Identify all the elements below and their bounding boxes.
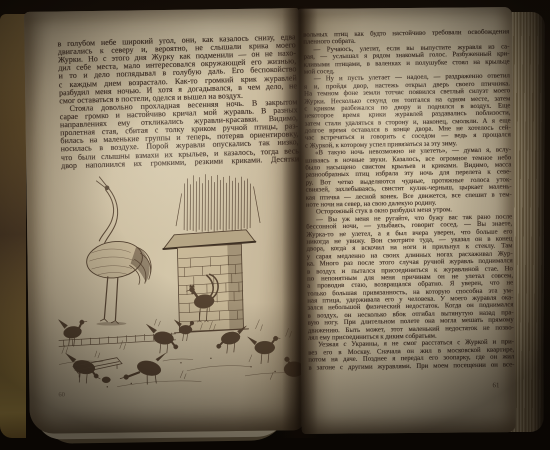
left-page-number: 60 [58,391,65,398]
book-cover-edge-left [0,14,26,438]
right-page-number: 61 [492,381,499,389]
left-page: в голубом небе широкий угол, они, как ка… [24,8,304,434]
open-book-photo: в голубом небе широкий угол, они, как ка… [0,0,550,450]
crane-illustration [56,170,301,391]
right-page: вольных птиц как будто настойчиво требов… [298,7,516,434]
crane [83,176,152,326]
thatch-stack [175,174,260,232]
page-stack-fore-edge-right [510,12,544,432]
left-page-text: в голубом небе широкий угол, они, как ка… [57,33,299,170]
right-page-text: вольных птиц как будто настойчиво требов… [303,28,514,371]
